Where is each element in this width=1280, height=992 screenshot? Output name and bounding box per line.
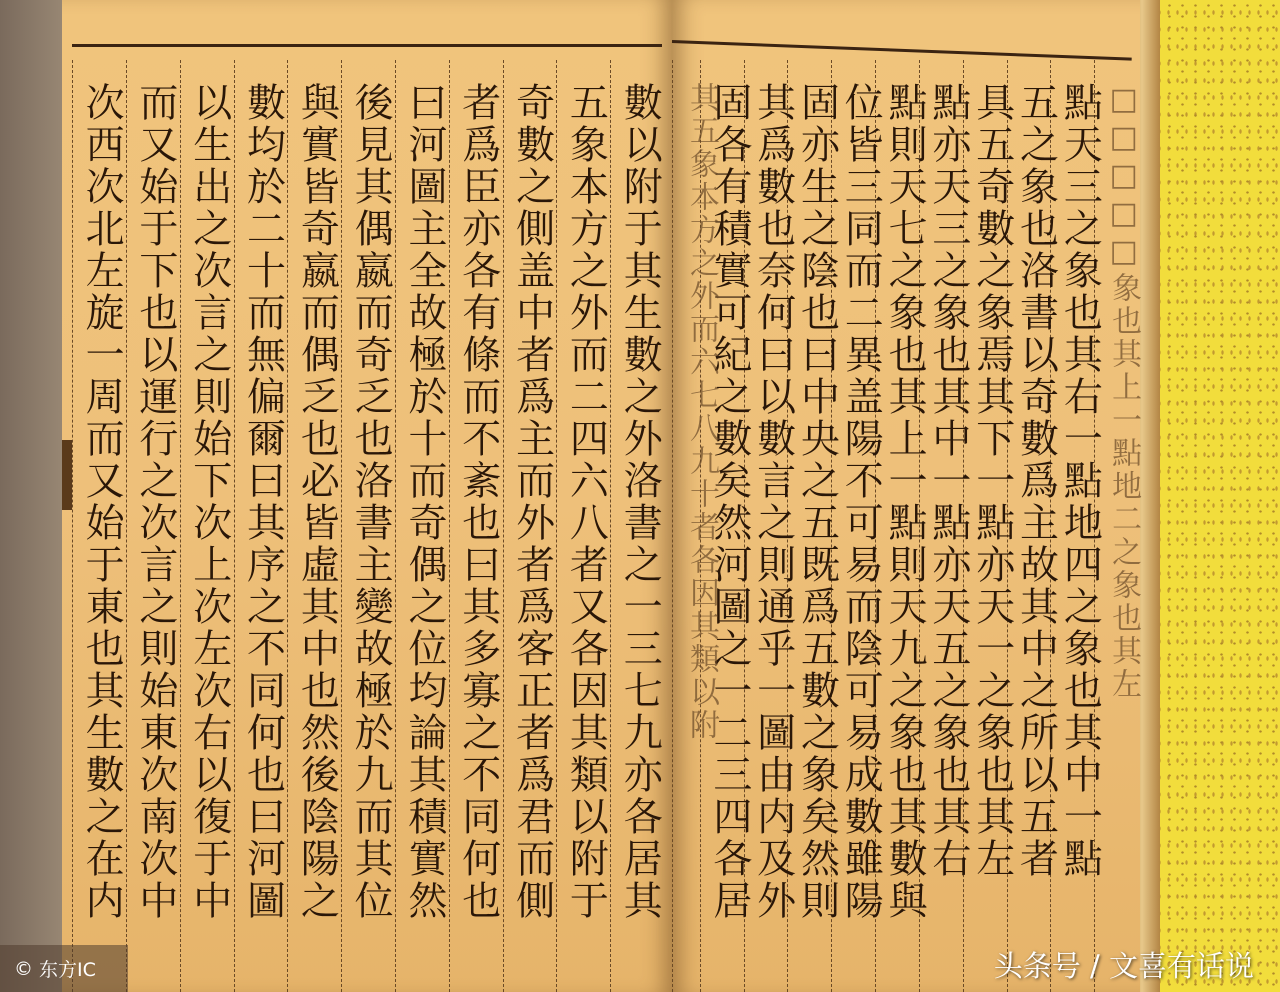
column-text: 五之象也洛書以奇數爲主故其中之所以五者	[1011, 82, 1061, 880]
left-page-columns: 數以附于其生數之外洛書之一三七九亦各居其 五象本方之外而二四六八者又各因其類以附…	[72, 60, 664, 992]
column-text: 位皆三同而二異盖陽不可易而陰可易成數雖陽	[835, 82, 885, 922]
column-text: 五象本方之外而二四六八者又各因其類以附于	[560, 82, 610, 922]
text-column: 數以附于其生數之外洛書之一三七九亦各居其	[610, 60, 664, 992]
column-text: 其爲數也奈何曰以數言之則通乎一圖由内及外	[748, 82, 798, 922]
text-column: 與實皆奇嬴而偶乏也必皆虛其中也然後陰陽之	[287, 60, 341, 992]
fold-mark	[62, 440, 72, 510]
column-text: 點亦天三之象也其中一點亦天五之象也其右	[923, 82, 973, 880]
top-border-rule	[672, 40, 1132, 61]
right-page-columns: □□□□□象也其上一點地二之象也其左 點天三之象也其右一點地四之象也其中一點 五…	[672, 60, 1134, 992]
column-text: □□□□□象也其上一點地二之象也其左	[1098, 82, 1148, 701]
text-column: 以生出之次言之則始下次上次左次右以復于中	[180, 60, 234, 992]
column-text: 與實皆奇嬴而偶乏也必皆虛其中也然後陰陽之	[291, 82, 341, 922]
column-text: 曰河圖主全故極於十而奇偶之位均論其積實然	[399, 82, 449, 922]
background-yellow-surface	[1150, 0, 1280, 992]
watermark-right: 头条号 / 文喜有话说	[994, 944, 1254, 985]
column-text: 次西次北左旋一周而又始于東也其生數之在内	[76, 82, 126, 922]
background-left	[0, 0, 70, 992]
text-column: 五象本方之外而二四六八者又各因其類以附于	[556, 60, 610, 992]
column-text: 數以附于其生數之外洛書之一三七九亦各居其	[614, 82, 664, 922]
column-text: 具五奇數之象焉其下一點亦天一之象也其左	[967, 82, 1017, 880]
column-text: 而又始于下也以運行之次言之則始東次南次中	[130, 82, 180, 922]
text-column: 者爲臣亦各有條而不紊也曰其多寡之不同何也	[449, 60, 503, 992]
top-border-rule	[72, 44, 662, 47]
column-text: 點則天七之象也其上一點則天九之象也其數與	[879, 82, 929, 922]
text-column: 數均於二十而無偏爾曰其序之不同何也曰河圖	[234, 60, 288, 992]
text-column: 後見其偶嬴而奇乏也洛書主變故極於九而其位	[341, 60, 395, 992]
left-page: 數以附于其生數之外洛書之一三七九亦各居其 五象本方之外而二四六八者又各因其類以附…	[62, 0, 672, 992]
column-text: 點天三之象也其右一點地四之象也其中一點	[1054, 82, 1104, 880]
column-text: 奇數之側盖中者爲主而外者爲客正者爲君而側	[507, 82, 557, 922]
watermark-left-text: 东方IC	[39, 955, 96, 982]
column-text: 以生出之次言之則始下次上次左次右以復于中	[184, 82, 234, 922]
copyright-icon: ©	[14, 958, 33, 980]
text-column: 其五象本方之外而六七八九十者各因其類以附	[672, 60, 700, 992]
column-text: 後見其偶嬴而奇乏也洛書主變故極於九而其位	[345, 82, 395, 922]
watermark-left: © 东方IC	[0, 945, 128, 992]
column-text: 其五象本方之外而六七八九十者各因其類以附	[676, 82, 726, 742]
column-text: 固亦生之陰也曰中央之五既爲五數之象矣然則	[791, 82, 841, 922]
text-column: 次西次北左旋一周而又始于東也其生數之在内	[72, 60, 126, 992]
right-page: □□□□□象也其上一點地二之象也其左 點天三之象也其右一點地四之象也其中一點 五…	[672, 0, 1140, 992]
text-column: 而又始于下也以運行之次言之則始東次南次中	[126, 60, 180, 992]
text-column: 曰河圖主全故極於十而奇偶之位均論其積實然	[395, 60, 449, 992]
column-text: 數均於二十而無偏爾曰其序之不同何也曰河圖	[238, 82, 288, 922]
column-text: 者爲臣亦各有條而不紊也曰其多寡之不同何也	[453, 82, 503, 922]
text-column: 奇數之側盖中者爲主而外者爲客正者爲君而側	[503, 60, 557, 992]
